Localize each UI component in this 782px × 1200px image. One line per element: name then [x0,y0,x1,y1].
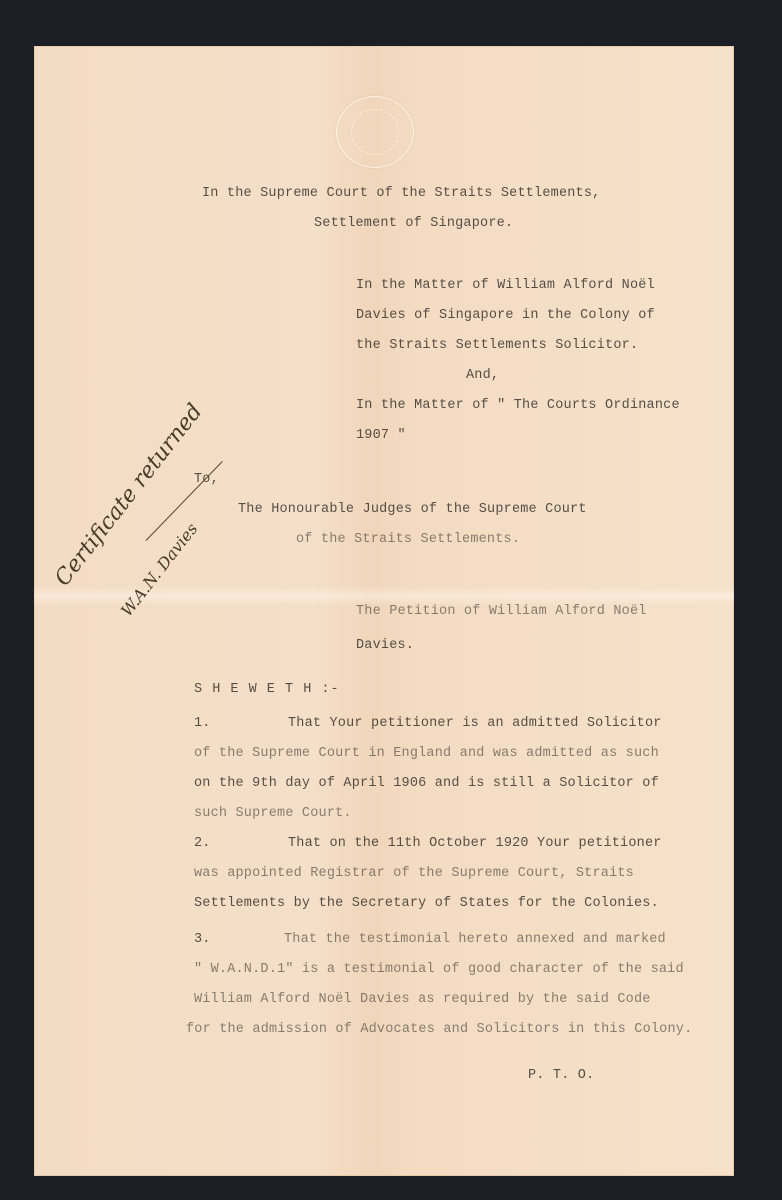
paragraph-1-number: 1. [194,716,211,731]
court-heading-line2: Settlement of Singapore. [314,216,513,231]
paragraph-2-line: That on the 11th October 1920 Your petit… [288,836,662,851]
paragraph-2-line: Settlements by the Secretary of States f… [194,896,659,911]
addressee-line1: The Honourable Judges of the Supreme Cou… [238,502,587,517]
matter-line2: Davies of Singapore in the Colony of [356,308,655,323]
matter-line1: In the Matter of William Alford Noël [356,278,655,293]
paragraph-3-number: 3. [194,932,211,947]
matter-line4: In the Matter of " The Courts Ordinance [356,398,680,413]
matter-line5: 1907 " [356,428,406,443]
petition-of-line2: Davies. [356,638,414,653]
matter-line3: the Straits Settlements Solicitor. [356,338,638,353]
paragraph-1-line: such Supreme Court. [194,806,352,821]
paragraph-2-line: was appointed Registrar of the Supreme C… [194,866,634,881]
embossed-seal-icon [336,96,414,168]
paragraph-2-number: 2. [194,836,211,851]
pto-label: P. T. O. [528,1068,594,1083]
handwritten-note-line1: Certificate returned [50,399,207,591]
addressee-line2: of the Straits Settlements. [296,532,520,547]
paragraph-3-line: That the testimonial hereto annexed and … [284,932,666,947]
matter-and: And, [466,368,499,383]
paragraph-1-line: of the Supreme Court in England and was … [194,746,659,761]
paragraph-1-line: on the 9th day of April 1906 and is stil… [194,776,659,791]
paragraph-3-line: " W.A.N.D.1" is a testimonial of good ch… [194,962,684,977]
paragraph-1-line: That Your petitioner is an admitted Soli… [288,716,662,731]
court-heading-line1: In the Supreme Court of the Straits Sett… [202,186,600,201]
sheweth-heading: S H E W E T H :- [194,682,340,697]
paragraph-3-line: William Alford Noël Davies as required b… [194,992,651,1007]
paragraph-3-line: for the admission of Advocates and Solic… [186,1022,692,1037]
petition-of-line1: The Petition of William Alford Noël [356,604,647,619]
document-page: In the Supreme Court of the Straits Sett… [34,46,734,1176]
